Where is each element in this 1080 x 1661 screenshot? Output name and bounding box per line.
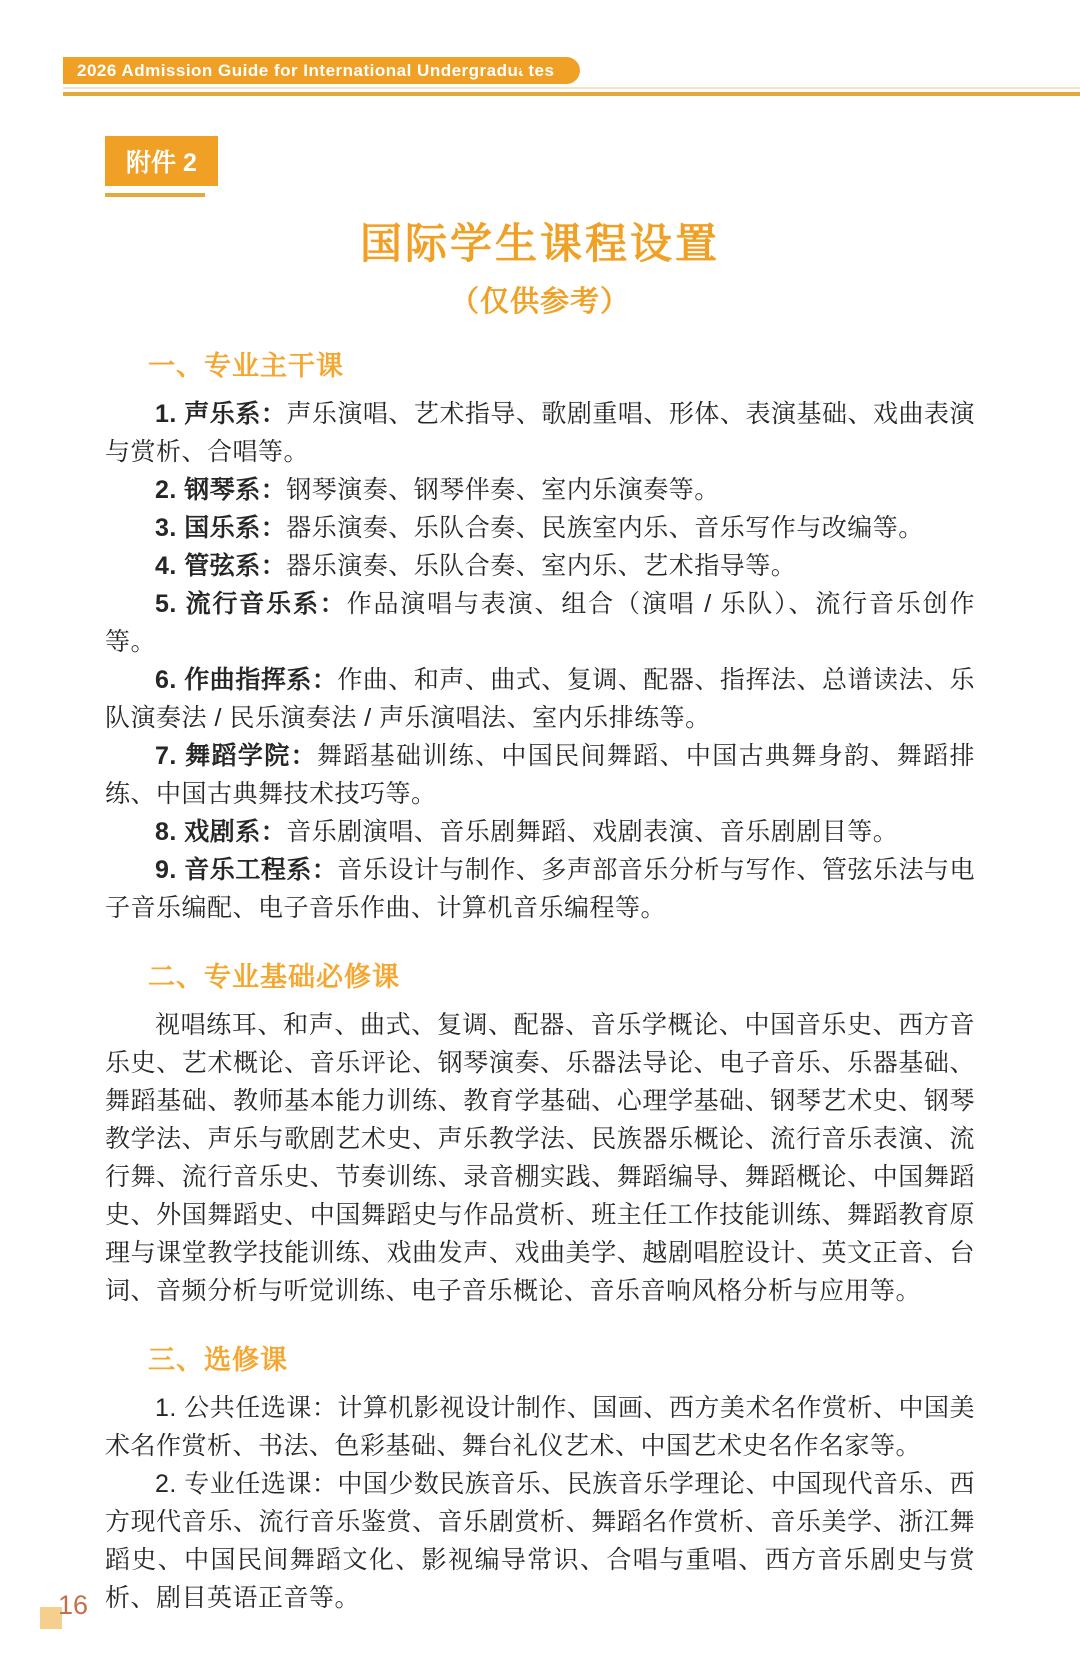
page-title: 国际学生课程设置 xyxy=(0,211,1080,271)
course-paragraph: 1. 声乐系：声乐演唱、艺术指导、歌剧重唱、形体、表演基础、戏曲表演与赏析、合唱… xyxy=(105,395,975,471)
header-divider xyxy=(63,87,1080,96)
course-paragraph: 5. 流行音乐系：作品演唱与表演、组合（演唱 / 乐队）、流行音乐创作等。 xyxy=(105,585,975,661)
document-body: 一、专业主干课1. 声乐系：声乐演唱、艺术指导、歌剧重唱、形体、表演基础、戏曲表… xyxy=(0,344,1080,1617)
course-paragraph: 6. 作曲指挥系：作曲、和声、曲式、复调、配器、指挥法、总谱读法、乐队演奏法 /… xyxy=(105,661,975,737)
section: 一、专业主干课1. 声乐系：声乐演唱、艺术指导、歌剧重唱、形体、表演基础、戏曲表… xyxy=(105,344,975,927)
item-lead-label: 2. 钢琴系： xyxy=(155,476,286,504)
course-paragraph: 视唱练耳、和声、曲式、复调、配器、音乐学概论、中国音乐史、西方音乐史、艺术概论、… xyxy=(105,1006,975,1310)
item-lead-label: 2. 专业任选课： xyxy=(155,1470,337,1498)
item-lead-label: 5. 流行音乐系： xyxy=(155,590,347,618)
header-divider-gold-line xyxy=(63,92,1080,96)
section-heading: 一、专业主干课 xyxy=(148,344,975,383)
section-heading: 二、专业基础必修课 xyxy=(148,955,975,994)
page-header: 2026 Admission Guide for International U… xyxy=(0,57,1080,96)
header-banner: 2026 Admission Guide for International U… xyxy=(63,57,580,84)
attachment-badge-label: 附件 2 xyxy=(126,149,197,177)
course-paragraph: 9. 音乐工程系：音乐设计与制作、多声部音乐分析与写作、管弦乐法与电子音乐编配、… xyxy=(105,851,975,927)
ribbon-tail-icon xyxy=(505,57,535,92)
section-heading: 三、选修课 xyxy=(148,1338,975,1377)
item-lead-label: 6. 作曲指挥系： xyxy=(155,666,337,694)
course-paragraph: 3. 国乐系：器乐演奏、乐队合奏、民族室内乐、音乐写作与改编等。 xyxy=(105,509,975,547)
section: 二、专业基础必修课视唱练耳、和声、曲式、复调、配器、音乐学概论、中国音乐史、西方… xyxy=(105,955,975,1310)
course-paragraph: 2. 钢琴系：钢琴演奏、钢琴伴奏、室内乐演奏等。 xyxy=(105,471,975,509)
item-lead-label: 3. 国乐系： xyxy=(155,514,286,542)
item-lead-label: 4. 管弦系： xyxy=(155,552,286,580)
page-subtitle: （仅供参考） xyxy=(0,279,1080,320)
course-paragraph: 7. 舞蹈学院：舞蹈基础训练、中国民间舞蹈、中国古典舞身韵、舞蹈排练、中国古典舞… xyxy=(105,737,975,813)
header-banner-text: 2026 Admission Guide for International U… xyxy=(77,61,554,81)
course-paragraph: 4. 管弦系：器乐演奏、乐队合奏、室内乐、艺术指导等。 xyxy=(105,547,975,585)
item-lead-label: 7. 舞蹈学院： xyxy=(155,742,317,770)
attachment-badge-underline xyxy=(105,193,205,197)
header-ribbon-row: 2026 Admission Guide for International U… xyxy=(63,57,1080,84)
sections-container: 一、专业主干课1. 声乐系：声乐演唱、艺术指导、歌剧重唱、形体、表演基础、戏曲表… xyxy=(105,344,975,1617)
section: 三、选修课1. 公共任选课：计算机影视设计制作、国画、西方美术名作赏析、中国美术… xyxy=(105,1338,975,1617)
item-lead-label: 9. 音乐工程系： xyxy=(155,856,337,884)
item-lead-label: 1. 公共任选课： xyxy=(155,1394,337,1422)
course-paragraph: 2. 专业任选课：中国少数民族音乐、民族音乐学理论、中国现代音乐、西方现代音乐、… xyxy=(105,1465,975,1617)
item-lead-label: 8. 戏剧系： xyxy=(155,818,286,846)
course-paragraph: 8. 戏剧系：音乐剧演唱、音乐剧舞蹈、戏剧表演、音乐剧剧目等。 xyxy=(105,813,975,851)
attachment-badge: 附件 2 xyxy=(105,136,218,186)
item-lead-label: 1. 声乐系： xyxy=(155,400,286,428)
page-number: 16 xyxy=(58,1590,88,1621)
course-paragraph: 1. 公共任选课：计算机影视设计制作、国画、西方美术名作赏析、中国美术名作赏析、… xyxy=(105,1389,975,1465)
